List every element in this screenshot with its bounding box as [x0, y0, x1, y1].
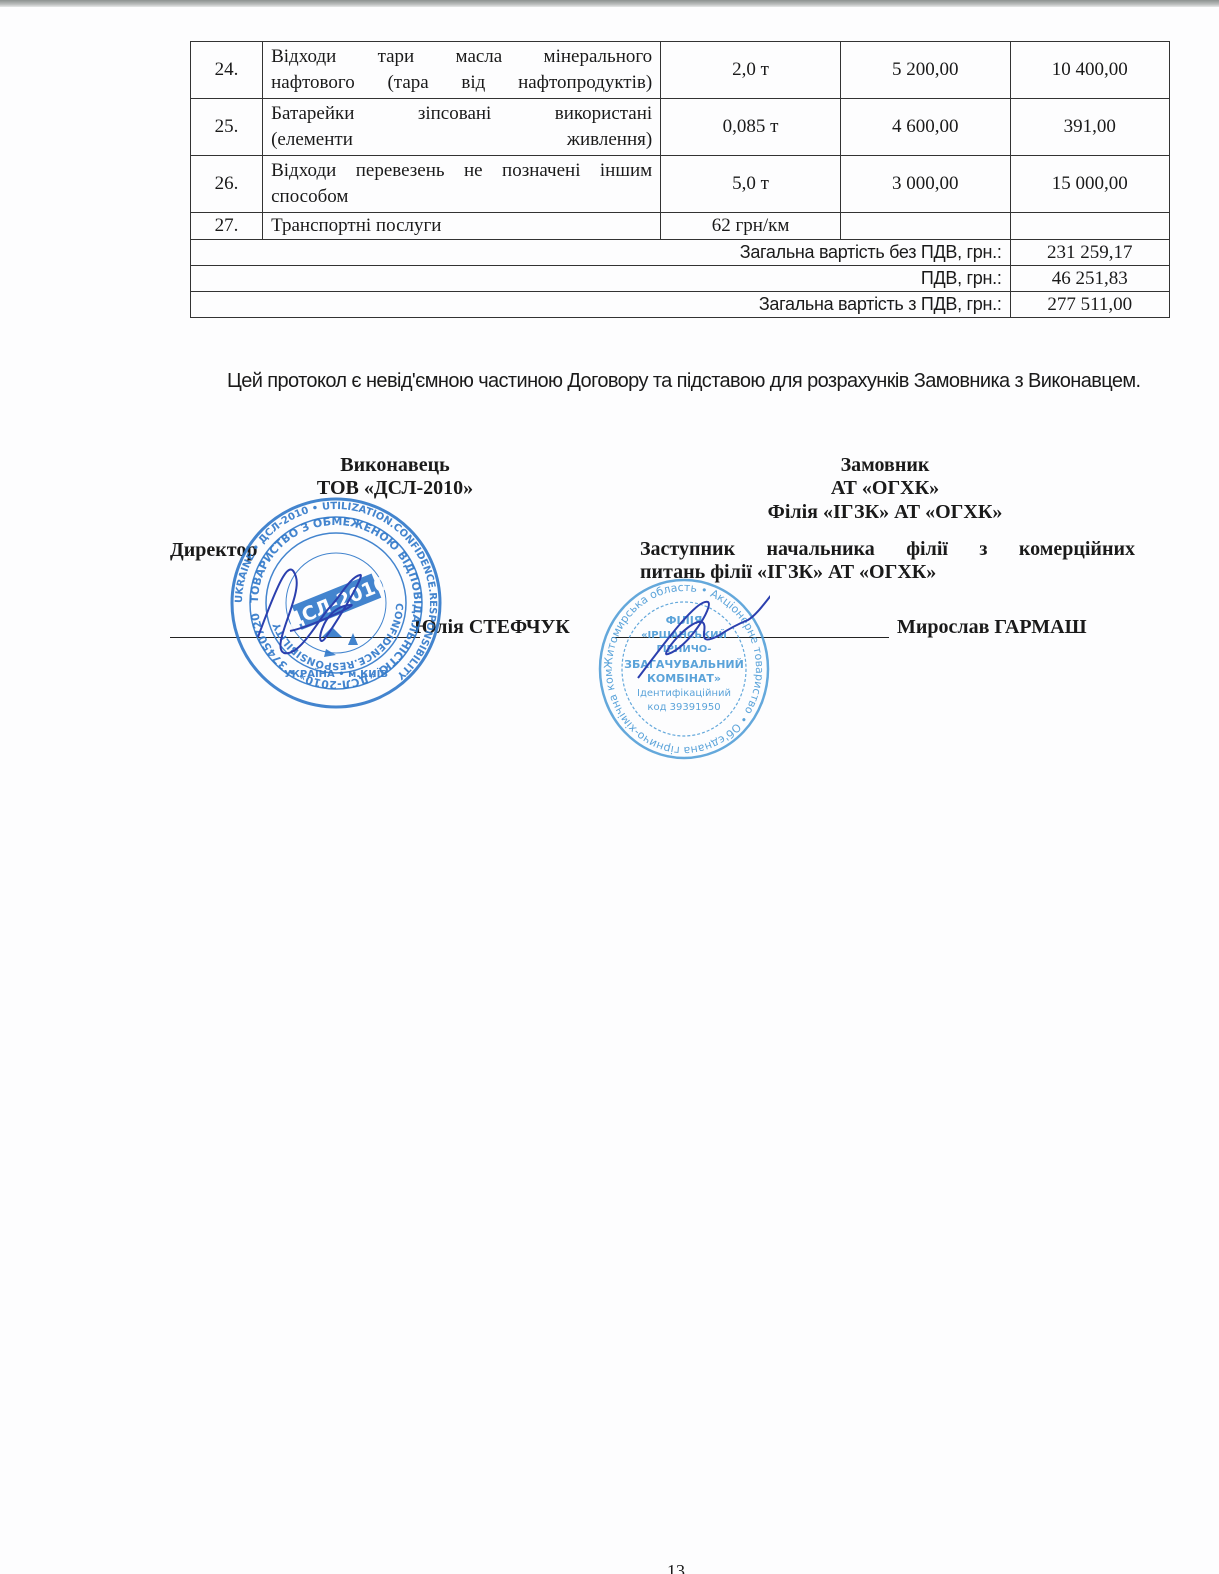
item-quantity: 5,0 т — [661, 156, 841, 213]
summary-value: 46 251,83 — [1010, 266, 1169, 292]
summary-row: ПДВ, грн.:46 251,83 — [191, 266, 1170, 292]
item-price — [840, 213, 1010, 240]
item-name: Батарейки зіпсовані використані(елементи… — [263, 99, 661, 156]
row-number: 27. — [191, 213, 263, 240]
summary-label: Загальна вартість з ПДВ, грн.: — [191, 292, 1011, 318]
customer-stamp: Житомирська область • Акціонерне товарис… — [598, 578, 770, 760]
svg-text:ЗБАГАЧУВАЛЬНИЙ: ЗБАГАЧУВАЛЬНИЙ — [624, 658, 744, 671]
customer-stamp-graphic: Житомирська область • Акціонерне товарис… — [598, 578, 770, 760]
row-number: 25. — [191, 99, 263, 156]
table-row: 26.Відходи перевезень не позначені іншим… — [191, 156, 1170, 213]
contractor-company: ТОВ «ДСЛ-2010» — [290, 477, 500, 499]
item-name-line: Відходи тари масла мінерального — [271, 44, 652, 70]
price-table: 24.Відходи тари масла мінеральногонафтов… — [190, 41, 1170, 318]
contractor-stamp: UKRAINE • ДСЛ-2010 • UTILIZATION.CONFIDE… — [230, 497, 442, 709]
customer-position-line1: Заступник начальника філії з комерційних — [640, 538, 1135, 560]
item-name-line: способом — [271, 184, 652, 210]
item-name-line: Відходи перевезень не позначені іншим — [271, 158, 652, 184]
svg-text:КОМБІНАТ»: КОМБІНАТ» — [647, 672, 721, 685]
customer-signatory: Мирослав ГАРМАШ — [897, 616, 1087, 638]
item-name-line: (елементи живлення) — [271, 127, 652, 153]
svg-text:ГІРНИЧО-: ГІРНИЧО- — [657, 644, 712, 655]
summary-row: Загальна вартість без ПДВ, грн.:231 259,… — [191, 240, 1170, 266]
item-total — [1010, 213, 1169, 240]
summary-row: Загальна вартість з ПДВ, грн.:277 511,00 — [191, 292, 1170, 318]
protocol-paragraph: Цей протокол є невід'ємною частиною Дого… — [167, 367, 1187, 396]
item-quantity: 62 грн/км — [661, 213, 841, 240]
item-name: Транспортні послуги — [263, 213, 661, 240]
row-number: 26. — [191, 156, 263, 213]
item-name-line: Батарейки зіпсовані використані — [271, 101, 652, 127]
svg-text:ДСЛ-2010: ДСЛ-2010 — [283, 572, 391, 633]
item-price: 5 200,00 — [840, 42, 1010, 99]
contractor-stamp-graphic: UKRAINE • ДСЛ-2010 • UTILIZATION.CONFIDE… — [230, 497, 442, 709]
item-name-line: Транспортні послуги — [271, 215, 441, 236]
item-price: 3 000,00 — [840, 156, 1010, 213]
page-number: 13 — [667, 1561, 685, 1574]
row-number: 24. — [191, 42, 263, 99]
item-total: 10 400,00 — [1010, 42, 1169, 99]
svg-text:код 39391950: код 39391950 — [647, 702, 720, 713]
scan-edge — [0, 0, 1219, 7]
summary-label: ПДВ, грн.: — [191, 266, 1011, 292]
summary-value: 231 259,17 — [1010, 240, 1169, 266]
summary-value: 277 511,00 — [1010, 292, 1169, 318]
customer-role: Замовник — [740, 454, 1030, 476]
customer-company: АТ «ОГХК» — [740, 477, 1030, 499]
table-row: 24.Відходи тари масла мінеральногонафтов… — [191, 42, 1170, 99]
item-price: 4 600,00 — [840, 99, 1010, 156]
item-name: Відходи перевезень не позначені іншимспо… — [263, 156, 661, 213]
svg-text:УКРАЇНА • м.КИЇВ: УКРАЇНА • м.КИЇВ — [284, 666, 388, 680]
item-name: Відходи тари масла мінеральногонафтового… — [263, 42, 661, 99]
svg-text:Ідентифікаційний: Ідентифікаційний — [637, 687, 731, 699]
contractor-role: Виконавець — [290, 454, 500, 476]
item-name-line: нафтового (тара від нафтопродуктів) — [271, 70, 652, 96]
item-total: 391,00 — [1010, 99, 1169, 156]
summary-label: Загальна вартість без ПДВ, грн.: — [191, 240, 1011, 266]
item-quantity: 0,085 т — [661, 99, 841, 156]
customer-branch: Філія «ІГЗК» АТ «ОГХК» — [700, 501, 1070, 523]
item-total: 15 000,00 — [1010, 156, 1169, 213]
table-row: 27.Транспортні послуги62 грн/км — [191, 213, 1170, 240]
item-quantity: 2,0 т — [661, 42, 841, 99]
table-row: 25.Батарейки зіпсовані використані(елеме… — [191, 99, 1170, 156]
